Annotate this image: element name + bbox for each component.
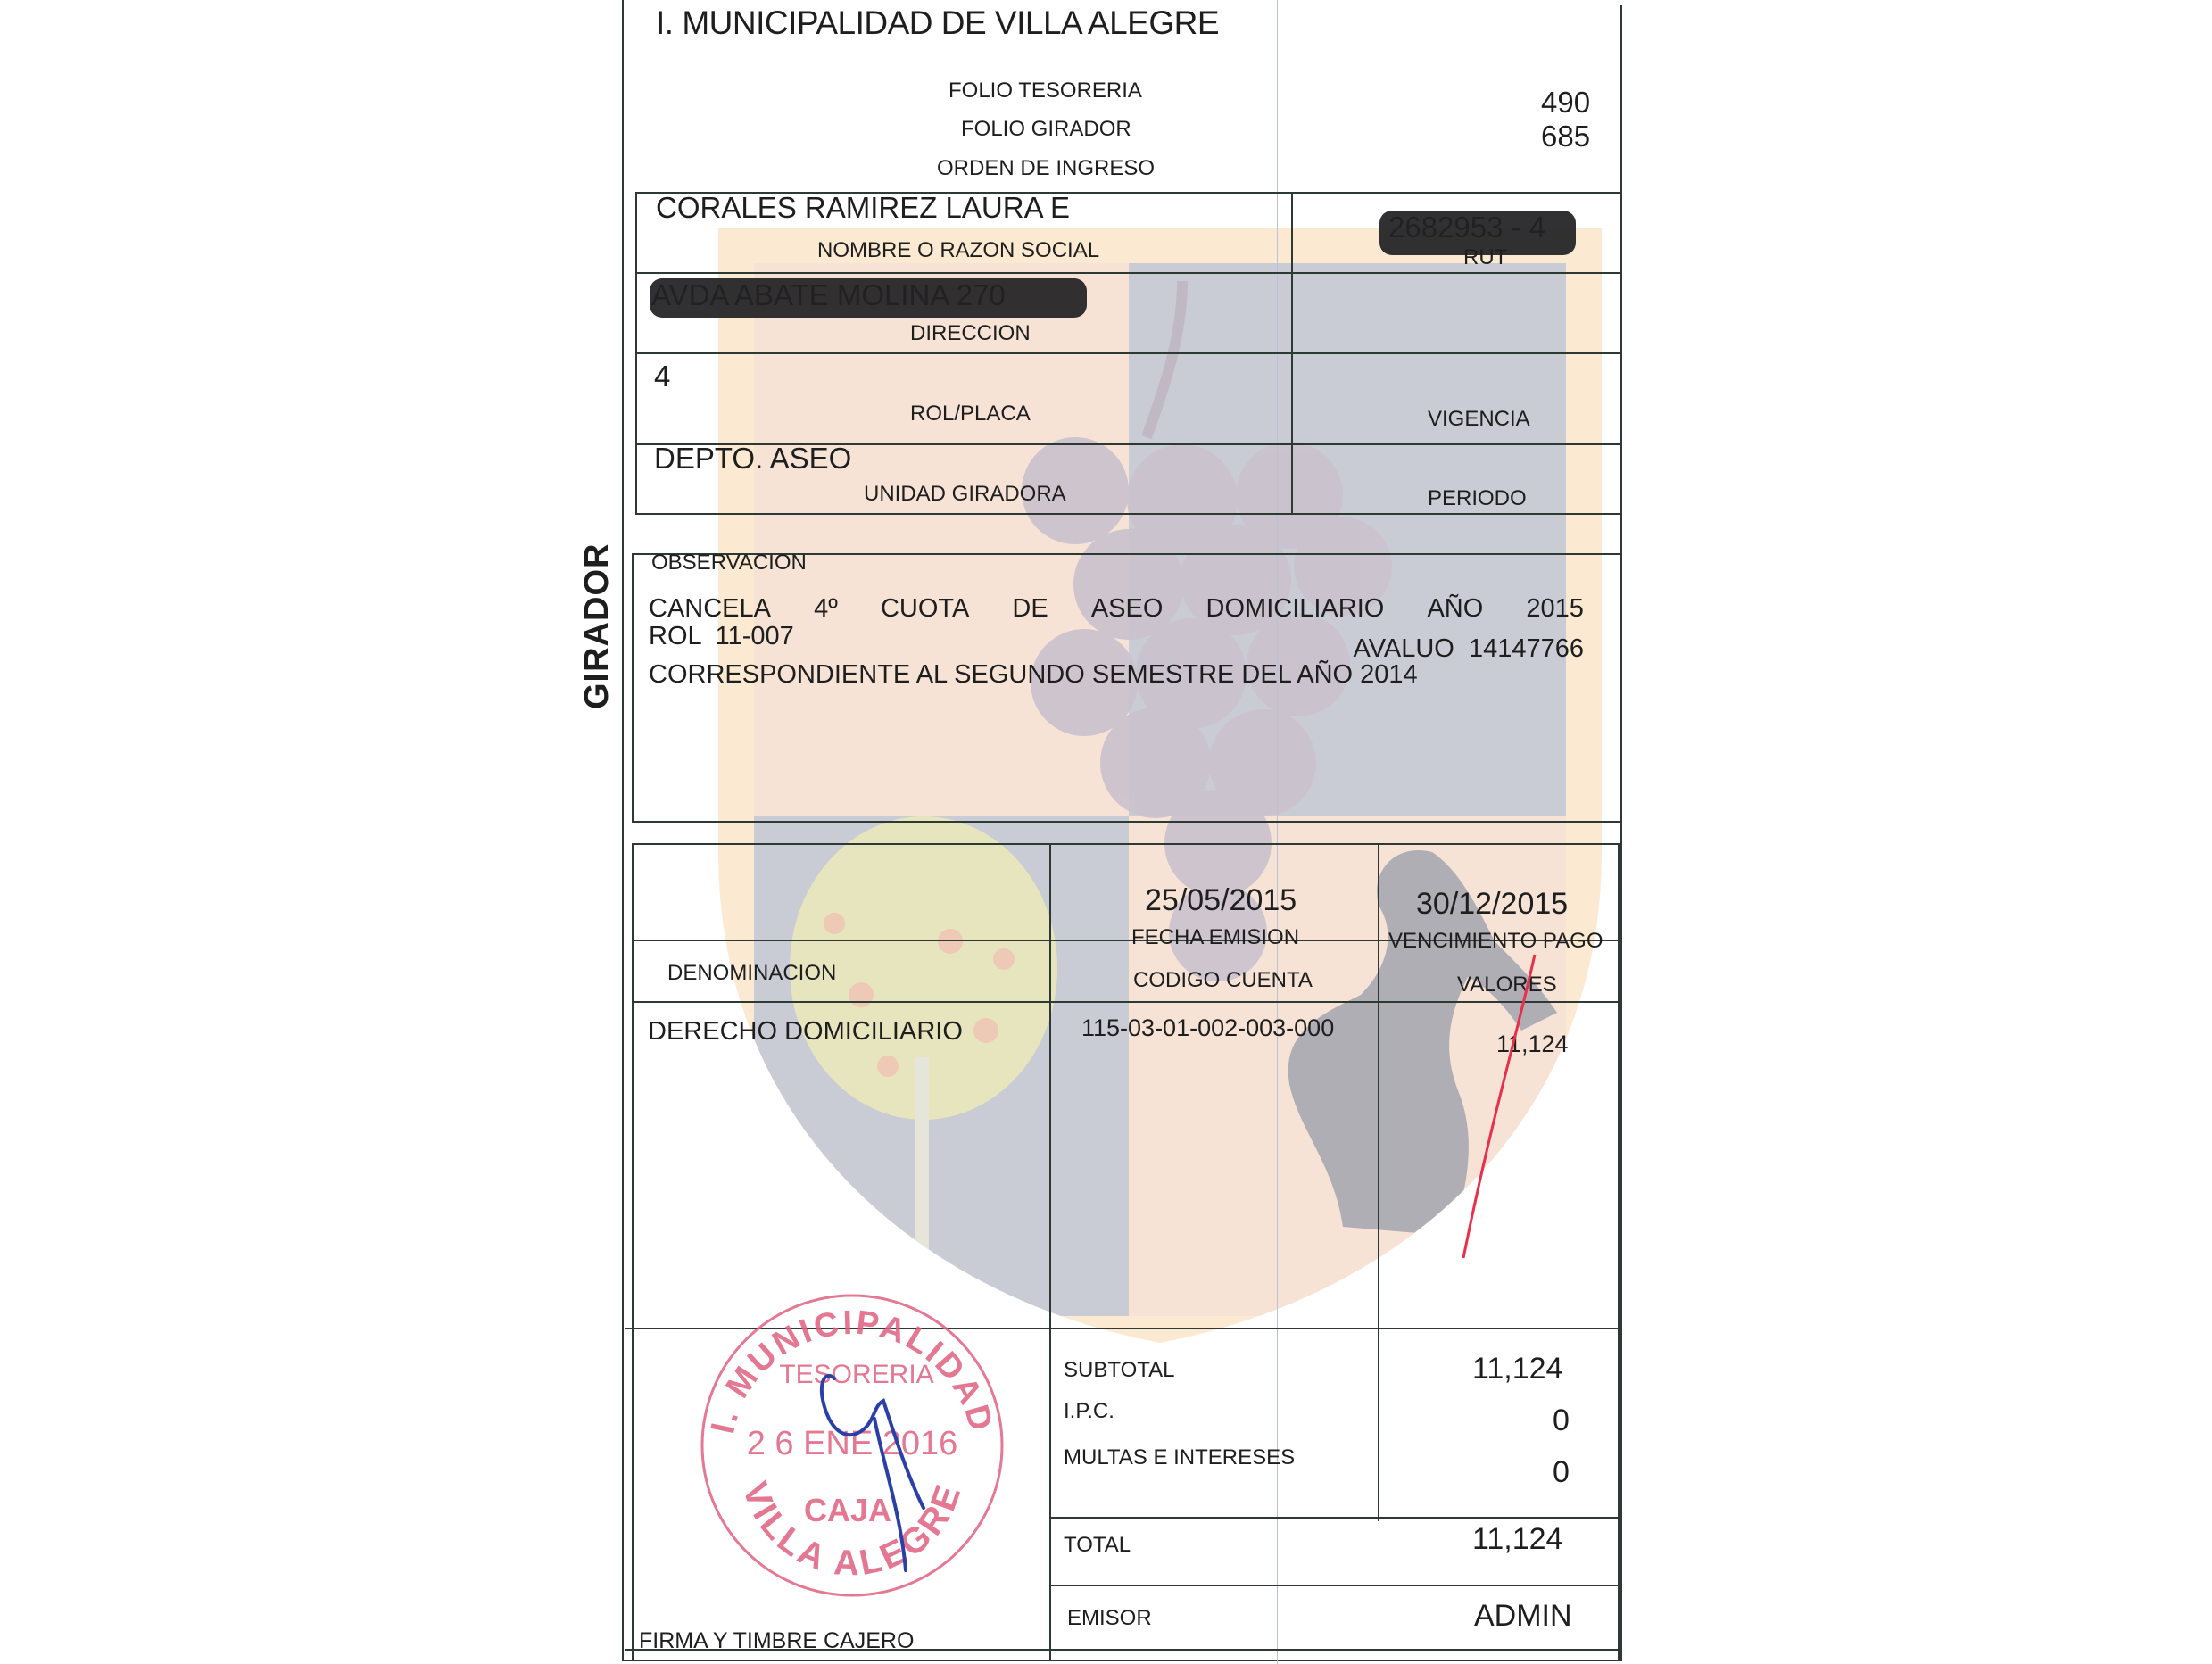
- emisor-divider: [1049, 1585, 1618, 1586]
- red-check-mark: [1446, 946, 1553, 1267]
- obs-word: CANCELA: [649, 594, 771, 624]
- rol-value: 4: [654, 360, 670, 393]
- subtotal-value: 11,124: [1472, 1352, 1562, 1387]
- orden-ingreso-label: ORDEN DE INGRESO: [937, 156, 1155, 181]
- stamp-inner-top-text: TESORERIA: [779, 1360, 933, 1389]
- municipality-title: I. MUNICIPALIDAD DE VILLA ALEGRE: [656, 4, 1219, 42]
- row-codigo: 115-03-01-002-003-000: [1081, 1014, 1334, 1042]
- obs-word: ASEO: [1091, 594, 1164, 624]
- address-redaction-bar: [650, 278, 1087, 318]
- observacion-line-1: CANCELA 4º CUOTA DE ASEO DOMICILIARIO AÑ…: [649, 594, 1584, 624]
- taxpayer-box-split: [1291, 192, 1293, 514]
- obs-rol: ROL 11-007: [649, 622, 794, 664]
- taxpayer-box-left: [635, 192, 637, 514]
- obs-word: CUOTA: [881, 594, 969, 624]
- row-denominacion: DERECHO DOMICILIARIO: [648, 1017, 963, 1047]
- stamp-inner-bottom-text: CAJA: [804, 1492, 891, 1528]
- girador-side-label: GIRADOR: [578, 543, 617, 709]
- observacion-line-3: CORRESPONDIENTE AL SEGUNDO SEMESTRE DEL …: [649, 660, 1418, 690]
- ipc-label: I.P.C.: [1064, 1399, 1114, 1424]
- obs-word: 4º: [814, 594, 838, 624]
- stamp-date-text: 2 6 ENE 2016: [747, 1425, 958, 1462]
- fecha-emision-value: 25/05/2015: [1145, 883, 1297, 918]
- taxpayer-box-bottom: [635, 513, 1620, 515]
- emisor-value: ADMIN: [1474, 1599, 1572, 1634]
- rol-label: ROL/PLACA: [910, 402, 1031, 426]
- taxpayer-name-label: NOMBRE O RAZON SOCIAL: [817, 238, 1099, 263]
- folio-girador-label: FOLIO GIRADOR: [961, 117, 1131, 142]
- taxpayer-box-right: [1620, 192, 1621, 514]
- unidad-giradora-value: DEPTO. ASEO: [654, 442, 851, 476]
- obs-word: 2015: [1526, 594, 1584, 624]
- vigencia-label: VIGENCIA: [1428, 407, 1530, 432]
- items-box-top: [632, 843, 1620, 845]
- tesoreria-stamp: I. MUNICIPALIDAD VILLA ALEGRE TESORERIA …: [692, 1285, 1013, 1606]
- items-box-left: [632, 843, 634, 1660]
- items-box-right: [1618, 843, 1620, 1660]
- outer-frame-left: [622, 0, 624, 1661]
- observacion-box-left: [632, 553, 634, 822]
- taxpayer-row-divider-1: [635, 272, 1620, 274]
- obs-word: DOMICILIARIO: [1206, 594, 1385, 624]
- items-col-split-1: [1049, 843, 1051, 1660]
- ipc-value: 0: [1553, 1403, 1570, 1438]
- subtotal-label: SUBTOTAL: [1064, 1358, 1174, 1383]
- emisor-label: EMISOR: [1067, 1606, 1152, 1631]
- observacion-label: OBSERVACION: [651, 551, 807, 575]
- header-codigo-cuenta: CODIGO CUENTA: [1133, 968, 1313, 993]
- multas-label: MULTAS E INTERESES: [1064, 1445, 1295, 1470]
- firma-cajero-label: FIRMA Y TIMBRE CAJERO: [639, 1628, 914, 1654]
- address-label: DIRECCION: [910, 321, 1031, 346]
- periodo-label: PERIODO: [1428, 486, 1527, 511]
- folio-tesoreria-value: 490: [1541, 86, 1590, 120]
- rut-label: RUT: [1463, 245, 1507, 270]
- obs-word: AÑO: [1427, 594, 1483, 624]
- multas-value: 0: [1553, 1455, 1570, 1490]
- observacion-box-bottom: [632, 821, 1620, 823]
- observacion-line-2: ROL 11-007 AVALUO 14147766: [649, 622, 1584, 664]
- observacion-box-right: [1620, 553, 1621, 822]
- fecha-emision-label: FECHA EMISION: [1131, 925, 1299, 950]
- totals-divider: [1049, 1517, 1618, 1519]
- taxpayer-row-divider-2: [635, 352, 1620, 354]
- taxpayer-name: CORALES RAMIREZ LAURA E: [656, 191, 1070, 225]
- header-denominacion: DENOMINACION: [667, 961, 836, 986]
- outer-frame-bottom: [622, 1660, 1621, 1661]
- fold-line: [1277, 0, 1278, 1664]
- unidad-giradora-label: UNIDAD GIRADORA: [864, 482, 1066, 507]
- total-label: TOTAL: [1064, 1533, 1131, 1558]
- vencimiento-value: 30/12/2015: [1416, 887, 1568, 922]
- folio-tesoreria-label: FOLIO TESORERIA: [949, 79, 1142, 103]
- folio-girador-value: 685: [1541, 120, 1590, 153]
- total-value: 11,124: [1472, 1522, 1562, 1557]
- items-col-split-2: [1378, 843, 1379, 1521]
- obs-word: DE: [1012, 594, 1048, 624]
